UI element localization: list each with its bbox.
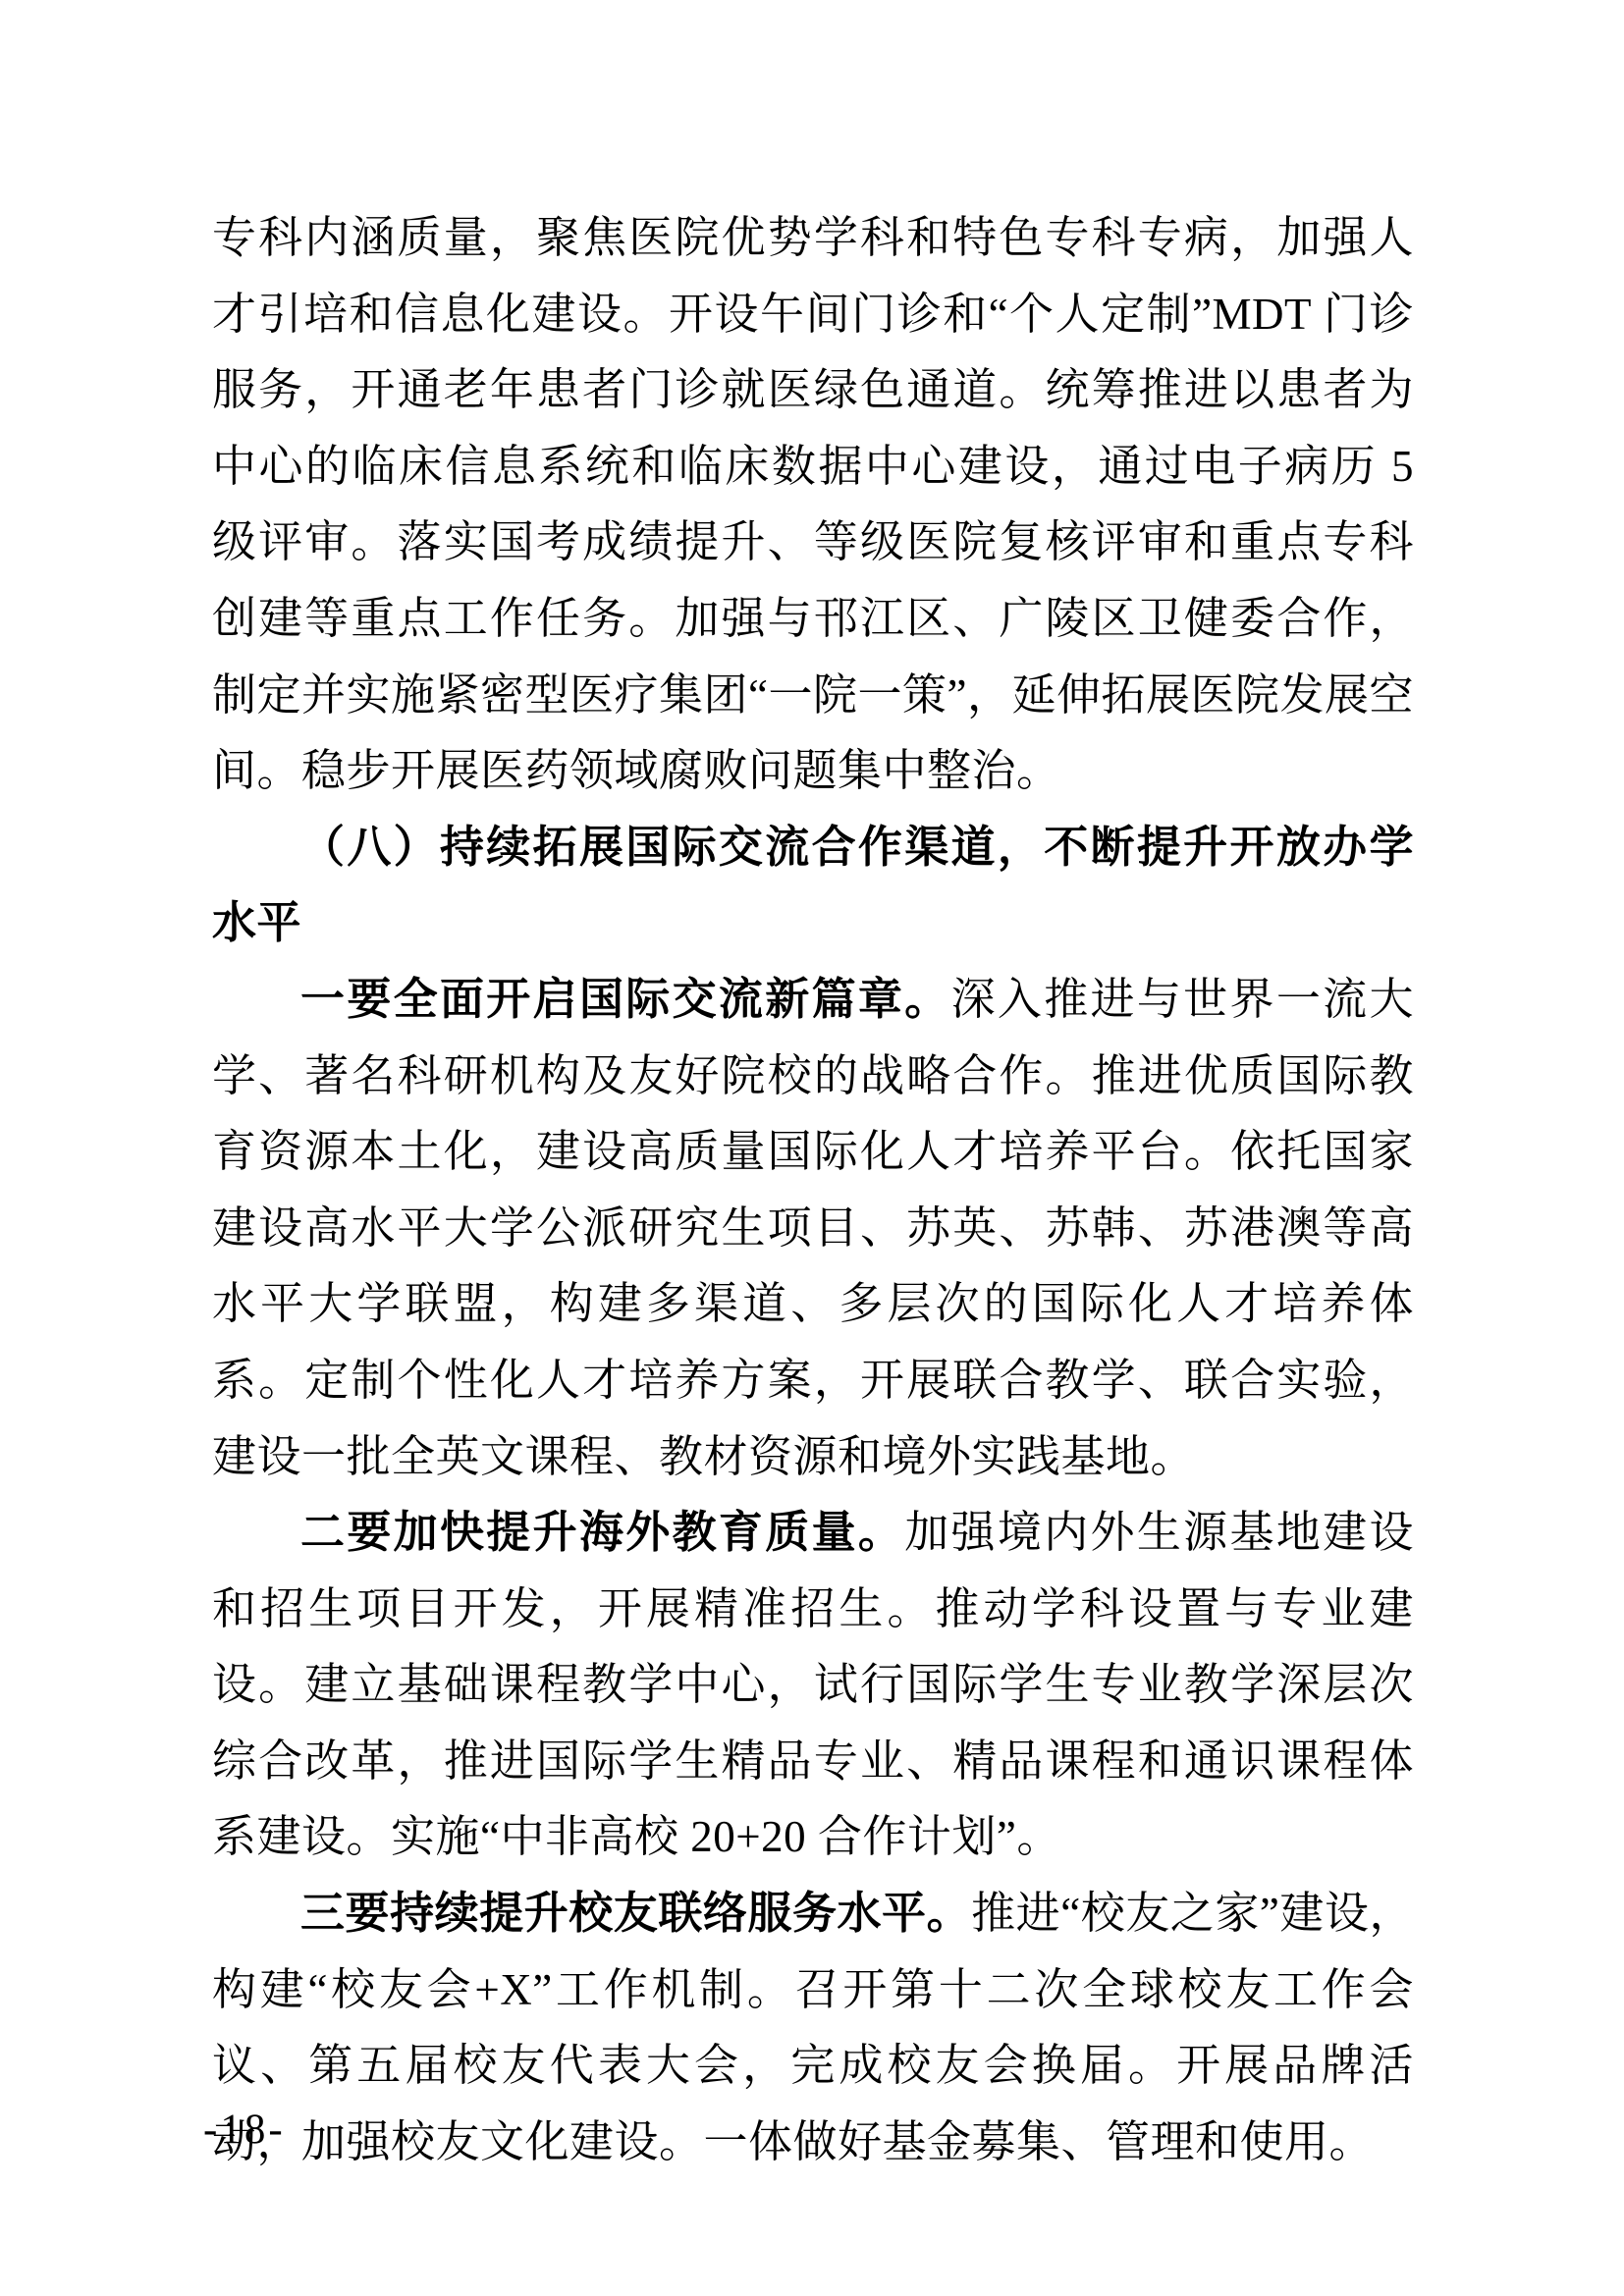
- body-text: 加强境内外生源基地建设和招生项目开发，开展精准招生。推动学科设置与专业建设。建立…: [212, 1508, 1414, 1861]
- page-number: -18-: [203, 2109, 286, 2151]
- section-heading-8: （八）持续拓展国际交流合作渠道，不断提升开放办学水平: [212, 810, 1414, 962]
- para-alumni-service: 三要持续提升校友联络服务水平。推进“校友之家”建设，构建“校友会+X”工作机制。…: [212, 1876, 1414, 2180]
- para-overseas-education: 二要加快提升海外教育质量。加强境内外生源基地建设和招生项目开发，开展精准招生。推…: [212, 1495, 1414, 1876]
- run-in-heading: 二要加快提升海外教育质量。: [300, 1508, 904, 1557]
- para-international-exchange: 一要全面开启国际交流新篇章。深入推进与世界一流大学、著名科研机构及友好院校的战略…: [212, 962, 1414, 1495]
- body-text: 专科内涵质量，聚焦医院优势学科和特色专科专病，加强人才引培和信息化建设。开设午间…: [212, 213, 1414, 795]
- document-text-block: 专科内涵质量，聚焦医院优势学科和特色专科专病，加强人才引培和信息化建设。开设午间…: [212, 200, 1414, 2180]
- document-page: 专科内涵质量，聚焦医院优势学科和特色专科专病，加强人才引培和信息化建设。开设午间…: [0, 0, 1624, 2296]
- run-in-heading: 一要全面开启国际交流新篇章。: [300, 975, 951, 1024]
- body-text: 深入推进与世界一流大学、著名科研机构及友好院校的战略合作。推进优质国际教育资源本…: [212, 975, 1414, 1481]
- para-hospital-development: 专科内涵质量，聚焦医院优势学科和特色专科专病，加强人才引培和信息化建设。开设午间…: [212, 200, 1414, 810]
- run-in-heading: 三要持续提升校友联络服务水平。: [300, 1889, 971, 1938]
- section-heading-text: （八）持续拓展国际交流合作渠道，不断提升开放办学水平: [212, 823, 1414, 948]
